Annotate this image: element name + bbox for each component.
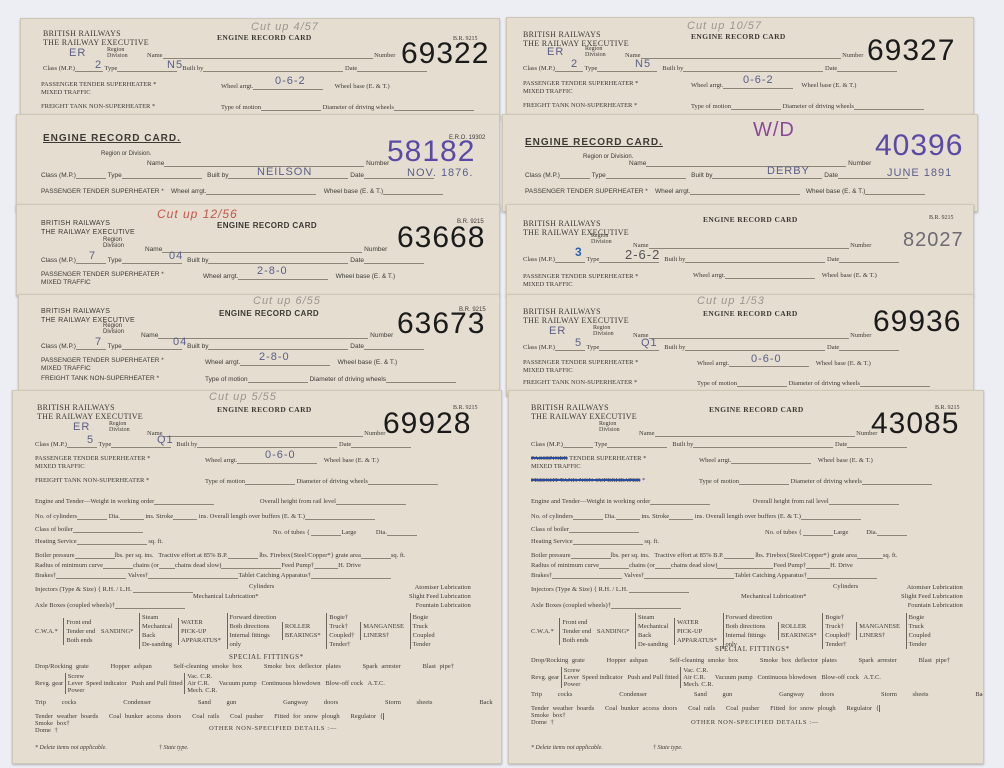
region-label: RegionDivision [103, 237, 124, 249]
card-org: BRITISH RAILWAYSTHE RAILWAY EXECUTIVE [37, 403, 143, 421]
annotation: Cut up 10/57 [687, 20, 762, 32]
engine-card-43085: BRITISH RAILWAYSTHE RAILWAY EXECUTIVE EN… [508, 390, 984, 764]
annotation: Cut up 1/53 [697, 295, 765, 307]
card-title: ENGINE RECORD CARD. [43, 133, 181, 144]
card-org: BRITISH RAILWAYSTHE RAILWAY EXECUTIVE [531, 403, 637, 421]
card-title: ENGINE RECORD CARD [219, 309, 319, 318]
class-value: 2 [571, 58, 578, 70]
card-org: BRITISH RAILWAYSTHE RAILWAY EXECUTIVE [523, 30, 629, 48]
card-org: BRITISH RAILWAYSTHE RAILWAY EXECUTIVE [523, 307, 629, 325]
engine-number: 63673 [397, 307, 485, 341]
engine-number: 69936 [873, 305, 961, 339]
card-org: BRITISH RAILWAYSTHE RAILWAY EXECUTIVE [41, 219, 135, 237]
card-title: ENGINE RECORD CARD [691, 32, 786, 41]
engine-number: 69928 [383, 407, 471, 441]
card-title: ENGINE RECORD CARD [703, 309, 798, 318]
type-value: Q1 [641, 337, 658, 349]
annotation: W/D [753, 119, 795, 142]
type-value: 04 [173, 336, 187, 348]
engine-number: 58182 [387, 135, 475, 169]
footnote-state: † State type. [159, 745, 189, 751]
footnote-state: † State type. [653, 745, 683, 751]
region-label: Region or Division. [583, 153, 633, 160]
cwa-block: C.W.A.* Front endTender endBoth ends SAN… [531, 613, 931, 649]
engine-card-69928: BRITISH RAILWAYSTHE RAILWAY EXECUTIVE EN… [12, 390, 502, 764]
region-label: RegionDivision [585, 46, 606, 58]
engine-number: 82027 [903, 229, 964, 252]
class-value: 7 [89, 250, 96, 262]
region-value: ER [547, 46, 564, 58]
region-label: RegionDivision [599, 421, 620, 433]
class-value: 3 [575, 245, 583, 259]
engine-card-69322: BRITISH RAILWAYSTHE RAILWAY EXECUTIVE EN… [20, 18, 500, 120]
engine-card-58182: ENGINE RECORD CARD. E.R.O. 19302 58182 R… [16, 114, 500, 212]
engine-card-63673: BRITISH RAILWAYSTHE RAILWAY EXECUTIVE EN… [18, 294, 500, 396]
type-value: 04 [169, 250, 183, 262]
engine-number: 40396 [875, 129, 963, 163]
annotation: Cut up 5/55 [209, 391, 277, 403]
region-value: ER [69, 47, 86, 59]
region-label: RegionDivision [109, 421, 130, 433]
engine-card-63668: BRITISH RAILWAYSTHE RAILWAY EXECUTIVE EN… [16, 204, 500, 296]
engine-number: 69327 [867, 34, 955, 68]
wheel-value: 0-6-0 [751, 353, 782, 365]
card-title: ENGINE RECORD CARD [217, 221, 317, 230]
region-label: RegionDivision [593, 325, 614, 337]
class-value: 5 [87, 434, 94, 446]
other-details: OTHER NON-SPECIFIED DETAILS :— [209, 725, 337, 732]
date-value: JUNE 1891 [887, 167, 952, 179]
region-label: Region or Division. [101, 151, 151, 157]
card-org: BRITISH RAILWAYSTHE RAILWAY EXECUTIVE [523, 219, 629, 237]
wheel-value: 2-8-0 [259, 351, 290, 363]
card-title: ENGINE RECORD CARD [703, 215, 798, 224]
date-value: NOV. 1876. [407, 167, 473, 179]
engine-card-69936: BRITISH RAILWAYSTHE RAILWAY EXECUTIVE EN… [506, 294, 974, 396]
built-by-value: NEILSON [257, 166, 312, 178]
type-value: N5 [167, 59, 183, 71]
annotation: Cut up 12/56 [157, 207, 238, 221]
type-value: N5 [635, 58, 651, 70]
annotation: Cut up 6/55 [253, 295, 321, 307]
class-value: 5 [575, 337, 582, 349]
card-title: ENGINE RECORD CARD. [525, 137, 663, 148]
annotation: Cut up 4/57 [251, 21, 319, 33]
engine-card-40396: ENGINE RECORD CARD. W/D 40396 Region or … [502, 114, 978, 212]
region-value: ER [73, 421, 90, 433]
wheel-value: 0-6-2 [743, 74, 774, 86]
engine-card-69327: BRITISH RAILWAYSTHE RAILWAY EXECUTIVE EN… [506, 17, 974, 119]
engine-card-82027: BRITISH RAILWAYSTHE RAILWAY EXECUTIVE EN… [506, 204, 974, 296]
card-org: BRITISH RAILWAYSTHE RAILWAY EXECUTIVE [43, 29, 149, 47]
built-by-value: DERBY [767, 165, 810, 177]
footnote-delete: * Delete items not applicable. [35, 745, 107, 751]
type-value: 2-6-2 [625, 247, 660, 262]
region-value: ER [549, 325, 566, 337]
wheel-value: 2-8-0 [257, 265, 288, 277]
region-label: RegionDivision [107, 47, 128, 59]
special-fittings-title: SPECIAL FITTINGS* [715, 645, 790, 653]
card-title: ENGINE RECORD CARD [709, 405, 804, 414]
wheel-value: 0-6-2 [275, 75, 306, 87]
footnote-delete: * Delete items not applicable. [531, 745, 603, 751]
special-fittings-title: SPECIAL FITTINGS* [229, 653, 304, 661]
engine-number: 43085 [871, 407, 959, 441]
other-details: OTHER NON-SPECIFIED DETAILS :— [691, 719, 819, 726]
cwa-block: C.W.A.* Front endTender endBoth ends SAN… [35, 613, 435, 649]
type-value: Q1 [157, 434, 174, 446]
class-value: 7 [95, 336, 102, 348]
region-label: RegionDivision [591, 233, 612, 245]
region-label: RegionDivision [103, 323, 124, 335]
form-ref: B.R. 9215 [929, 215, 954, 221]
card-title: ENGINE RECORD CARD [217, 33, 312, 42]
engine-number: 63668 [397, 221, 485, 255]
wheel-value: 0-6-0 [265, 449, 296, 461]
class-value: 2 [95, 59, 102, 71]
card-title: ENGINE RECORD CARD [217, 405, 312, 414]
